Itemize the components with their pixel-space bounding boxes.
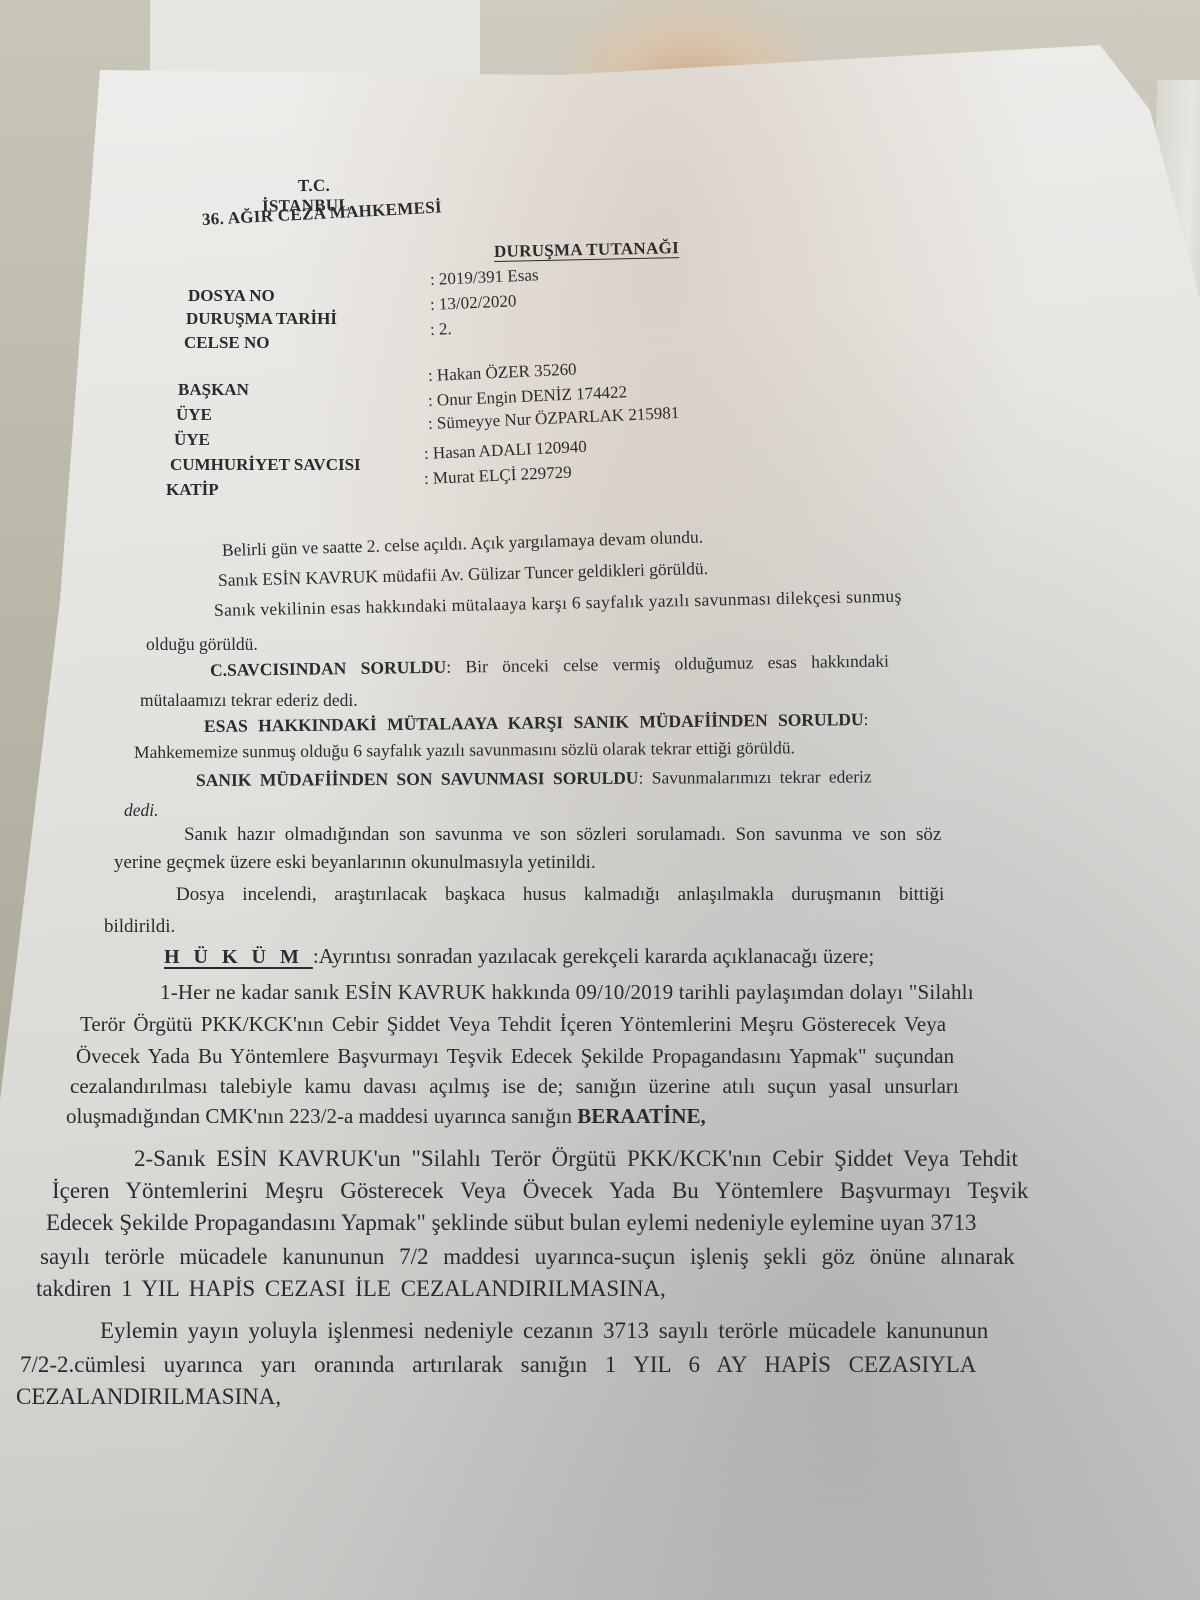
section-heading: SANIK MÜDAFİİNDEN SON SAVUNMASI SORULDU [196, 768, 639, 790]
section-heading: ESAS HAKKINDAKİ MÜTALAAYA KARŞI SANIK MÜ… [204, 709, 864, 736]
verdict-item-2-line: sayılı terörle mücadele kanununun 7/2 ma… [40, 1244, 1015, 1270]
verdict-item-3-line: Eylemin yayın yoluyla işlenmesi nedeniyl… [100, 1318, 988, 1344]
panel-member-value: : Hakan ÖZER 35260 [428, 360, 577, 386]
case-info-value: : 13/02/2020 [430, 291, 517, 315]
section-heading: C.SAVCISINDAN SORULDU [210, 657, 447, 680]
verdict-item-3-line: CEZALANDIRILMASINA, [16, 1384, 281, 1410]
verdict-item-1-line: Terör Örgütü PKK/KCK'nın Cebir Şiddet Ve… [80, 1012, 946, 1037]
verdict-heading: HÜKÜM [164, 946, 313, 968]
final-defense-question: SANIK MÜDAFİİNDEN SON SAVUNMASI SORULDU:… [196, 766, 872, 791]
verdict-item-3-line: 7/2-2.cümlesi uyarınca yarı oranında art… [20, 1352, 976, 1378]
case-info-value: : 2019/391 Esas [430, 265, 539, 290]
proceeding-line: dedi. [124, 800, 159, 821]
verdict-intro: :Ayrıntısı sonradan yazılacak gerekçeli … [313, 944, 874, 968]
verdict-text: oluşmadığından CMK'nın 223/2-a maddesi u… [66, 1104, 572, 1128]
statement-text: : Savunmalarımızı tekrar ederiz [638, 766, 871, 787]
panel-role-label: ÜYE [174, 430, 210, 450]
verdict-item-2-line: takdiren 1 YIL HAPİS CEZASI İLE CEZALAND… [36, 1276, 666, 1302]
case-info-label: DOSYA NO [188, 286, 275, 306]
verdict-heading-line: HÜKÜM:Ayrıntısı sonradan yazılacak gerek… [164, 944, 874, 969]
proceeding-line: Sanık hazır olmadığından son savunma ve … [184, 824, 941, 846]
proceeding-line: Dosya incelendi, araştırılacak başkaca h… [176, 884, 944, 906]
statement-text: : [863, 709, 868, 729]
panel-role-label: BAŞKAN [178, 380, 249, 400]
case-info-value: : 2. [430, 319, 453, 340]
proceeding-line: bildirildi. [104, 916, 175, 938]
proceeding-line: mütalaamızı tekrar ederiz dedi. [140, 690, 358, 711]
header-tc: T.C. [298, 176, 330, 196]
proceeding-line: Sanık vekilinin esas hakkındaki mütalaay… [214, 586, 902, 621]
panel-member-value: : Murat ELÇİ 229729 [424, 463, 573, 489]
proceeding-line: Belirli gün ve saatte 2. celse açıldı. A… [222, 527, 704, 561]
verdict-item-2-line: 2-Sanık ESİN KAVRUK'un "Silahlı Terör Ör… [134, 1146, 1018, 1172]
prosecutor-statement: C.SAVCISINDAN SORULDU: Bir önceki celse … [210, 651, 889, 681]
case-info-label: DURUŞMA TARİHİ [186, 309, 337, 329]
acquittal-decision: BERAATİNE, [577, 1104, 706, 1128]
verdict-item-2-line: Edecek Şekilde Propagandasını Yapmak" şe… [46, 1210, 976, 1236]
verdict-item-1-line: cezalandırılması talebiyle kamu davası a… [70, 1074, 959, 1099]
case-info-label: CELSE NO [184, 333, 270, 353]
statement-text: : Bir önceki celse vermiş olduğumuz esas… [446, 651, 889, 677]
verdict-item-2-line: İçeren Yöntemlerini Meşru Gösterecek Vey… [52, 1178, 1028, 1204]
panel-member-value: : Hasan ADALI 120940 [424, 437, 588, 464]
panel-role-label: ÜYE [176, 405, 212, 425]
panel-role-label: CUMHURİYET SAVCISI [170, 455, 361, 475]
verdict-item-1-line: 1-Her ne kadar sanık ESİN KAVRUK hakkınd… [160, 980, 974, 1005]
proceeding-line: olduğu görüldü. [146, 634, 258, 655]
verdict-item-1-line: Övecek Yada Bu Yöntemlere Başvurmayı Teş… [76, 1044, 954, 1069]
proceeding-line: Mahkememize sunmuş olduğu 6 sayfalık yaz… [134, 737, 795, 763]
proceeding-line: yerine geçmek üzere eski beyanlarının ok… [114, 852, 596, 874]
document-title: DURUŞMA TUTANAĞI [494, 238, 679, 262]
verdict-item-1-line: oluşmadığından CMK'nın 223/2-a maddesi u… [66, 1104, 706, 1129]
court-hearing-record: T.C. İSTANBUL 36. AĞIR CEZA MAHKEMESİ DU… [0, 0, 1200, 1600]
panel-role-label: KATİP [166, 480, 219, 500]
defense-question: ESAS HAKKINDAKİ MÜTALAAYA KARŞI SANIK MÜ… [204, 709, 869, 737]
proceeding-line: Sanık ESİN KAVRUK müdafii Av. Gülizar Tu… [218, 558, 708, 591]
